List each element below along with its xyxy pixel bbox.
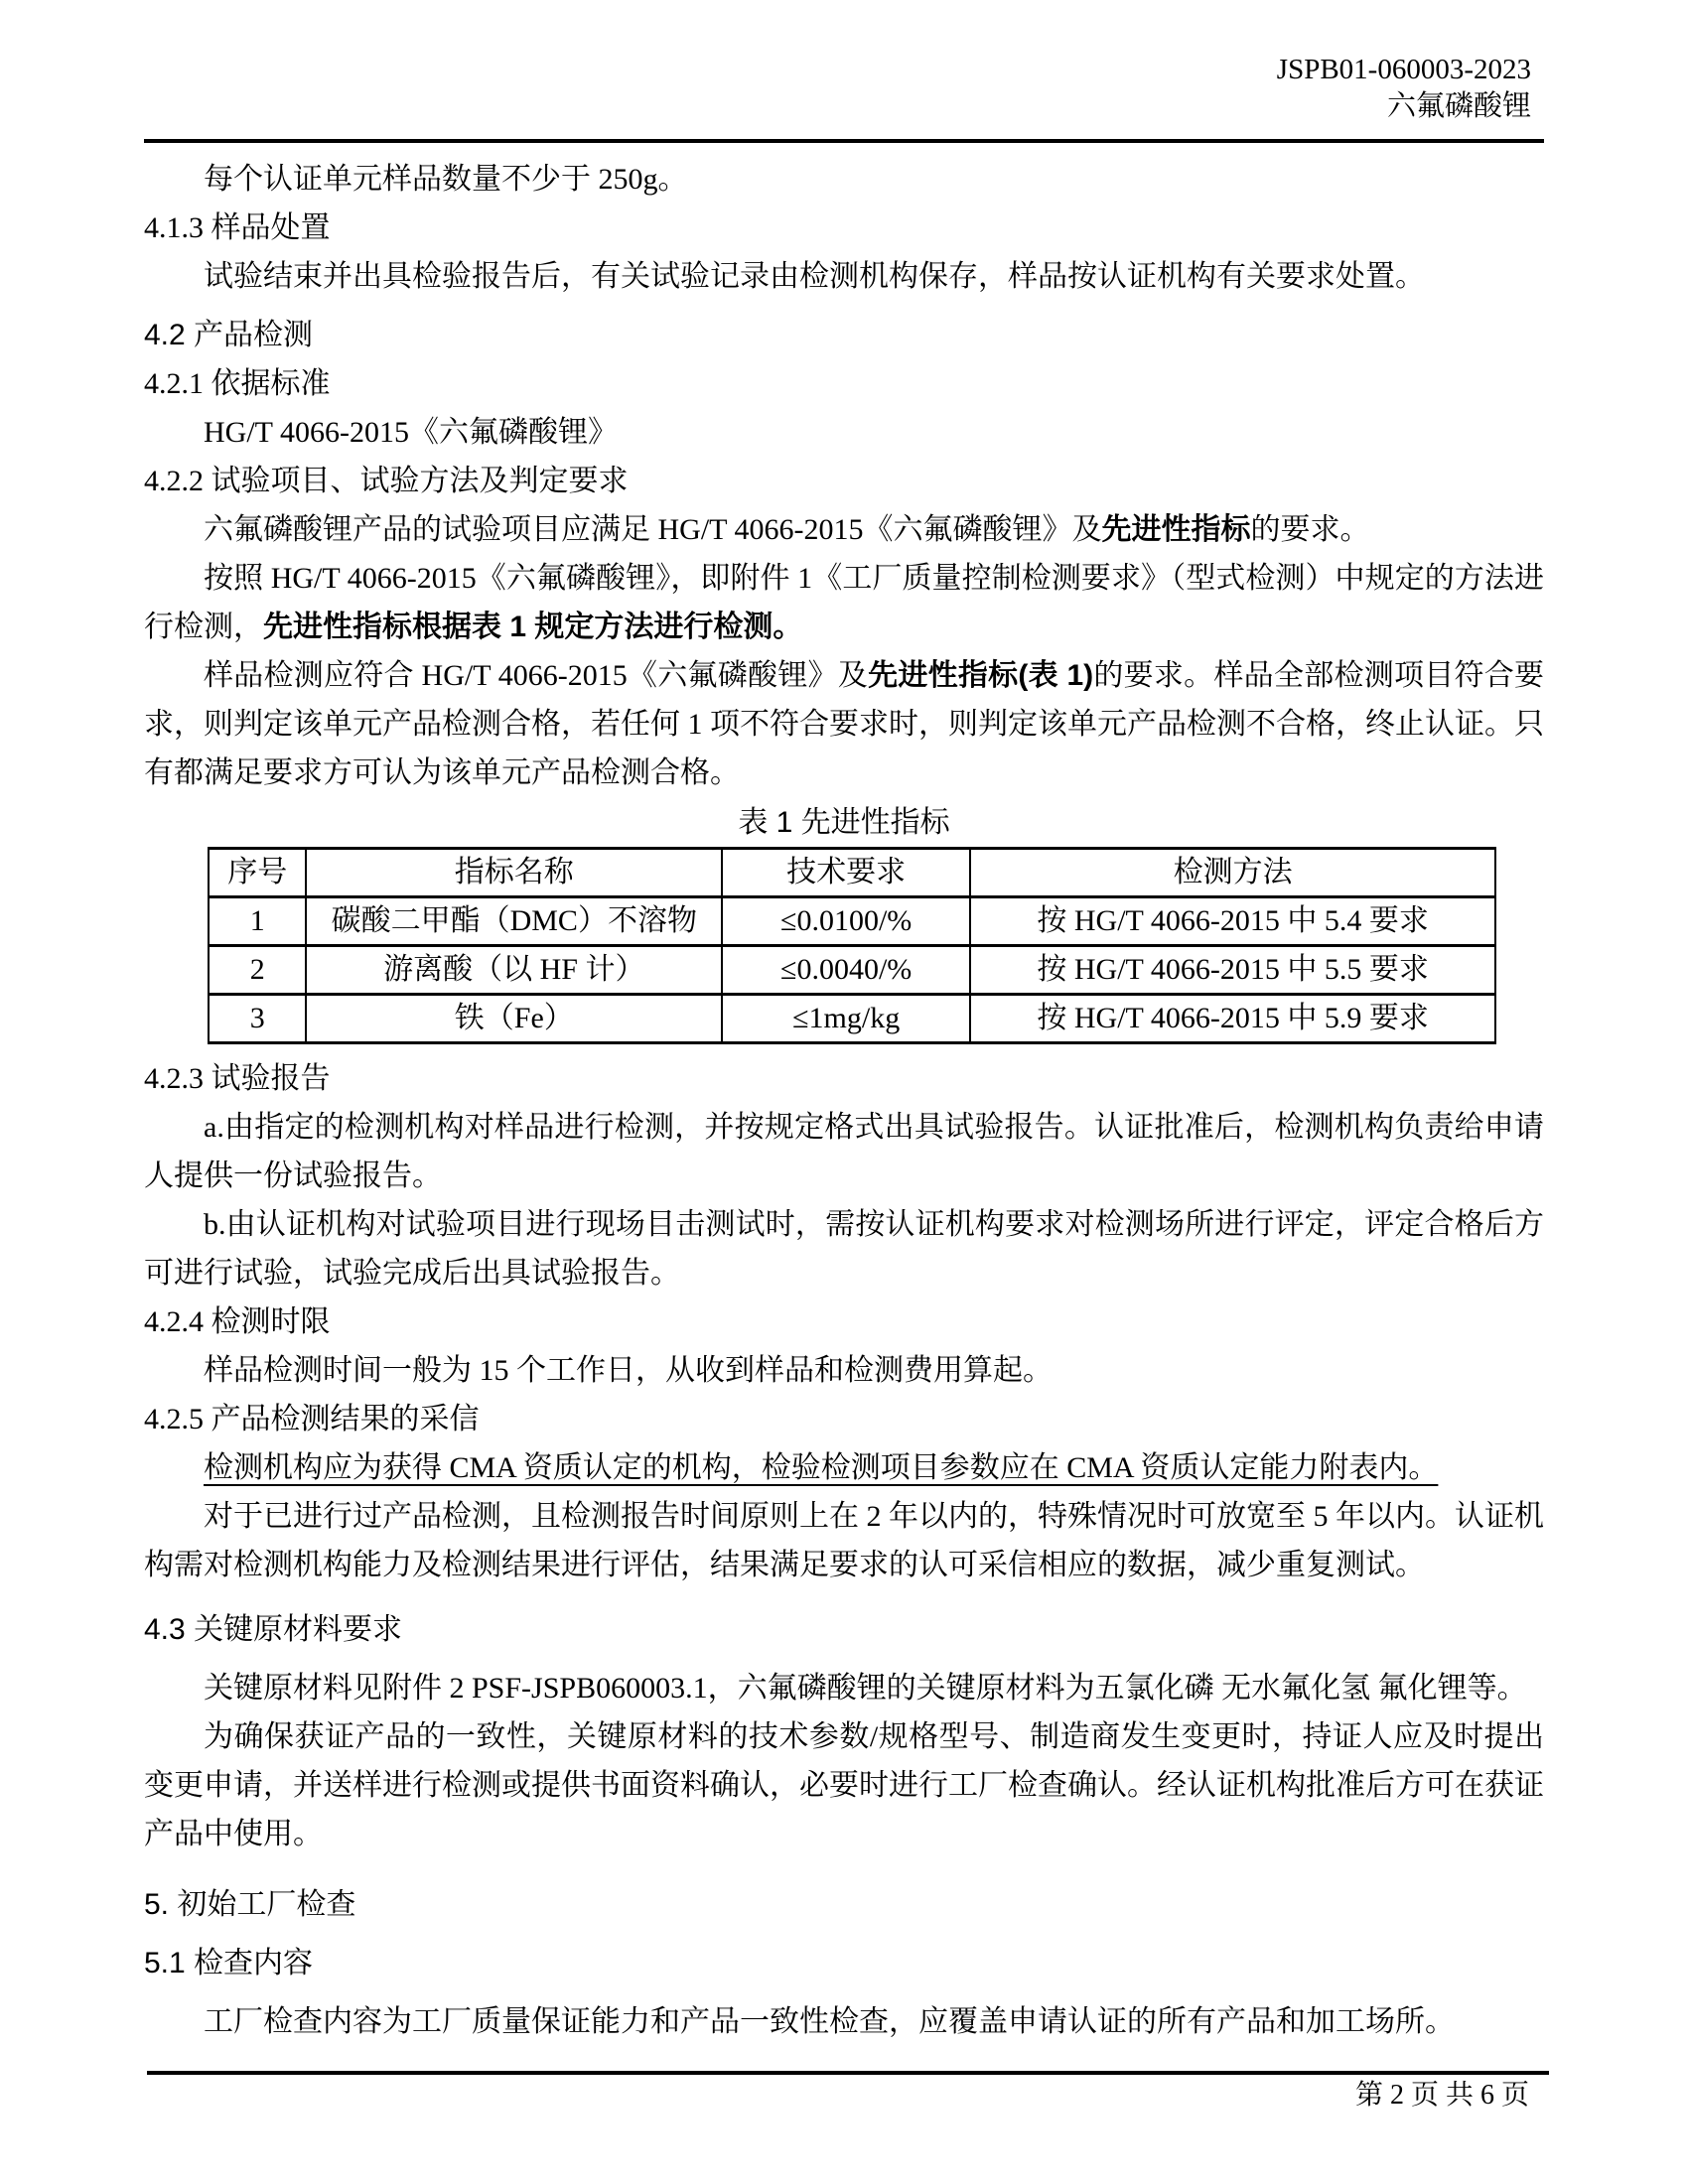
heading-4-1-3: 4.1.3 样品处置: [144, 204, 1544, 252]
table-cell-method: 按 HG/T 4066-2015 中 5.9 要求: [970, 995, 1495, 1043]
table-row: 2 游离酸（以 HF 计） ≤0.0040/% 按 HG/T 4066-2015…: [209, 946, 1495, 995]
header-rule: [144, 139, 1544, 143]
heading-4-3: 4.3 关键原材料要求: [144, 1605, 1544, 1654]
table-cell-index: 3: [209, 995, 306, 1043]
heading-5-1: 5.1 检查内容: [144, 1939, 1544, 1987]
heading-4-2-3: 4.2.3 试验报告: [144, 1054, 1544, 1103]
document-body: 每个认证单元样品数量不少于 250g。 4.1.3 样品处置 试验结束并出具检验…: [144, 155, 1544, 2046]
table-cell-indicator: 碳酸二甲酯（DMC）不溶物: [306, 897, 722, 946]
table-row: 3 铁（Fe） ≤1mg/kg 按 HG/T 4066-2015 中 5.9 要…: [209, 995, 1495, 1043]
paragraph-4-2-2-a: 六氟磷酸锂产品的试验项目应满足 HG/T 4066-2015《六氟磷酸锂》及先进…: [144, 505, 1544, 554]
paragraph-4-2-5-underlined: 检测机构应为获得 CMA 资质认定的机构，检验检测项目参数应在 CMA 资质认定…: [144, 1443, 1544, 1492]
paragraph-4-2-3-b: b.由认证机构对试验项目进行现场目击测试时，需按认证机构要求对检测场所进行评定，…: [144, 1200, 1544, 1297]
footer-rule: [147, 2071, 1549, 2075]
table-title: 表 1 先进性指标: [144, 801, 1544, 845]
doc-title: 六氟磷酸锂: [1277, 88, 1531, 125]
table-cell-index: 2: [209, 946, 306, 995]
paragraph-4-3-a: 关键原材料见附件 2 PSF-JSPB060003.1，六氟磷酸锂的关键原材料为…: [144, 1664, 1544, 1712]
text-segment: 六氟磷酸锂产品的试验项目应满足 HG/T 4066-2015《六氟磷酸锂》及: [204, 513, 1101, 546]
heading-4-2-4: 4.2.4 检测时限: [144, 1297, 1544, 1346]
text-segment: 的要求。: [1250, 513, 1369, 546]
document-page: JSPB01-060003-2023 六氟磷酸锂 每个认证单元样品数量不少于 2…: [0, 0, 1688, 2184]
column-header-requirement: 技术要求: [722, 849, 970, 897]
paragraph-4-2-3-a: a.由指定的检测机构对样品进行检测，并按规定格式出具试验报告。认证批准后，检测机…: [144, 1103, 1544, 1200]
table-header-row: 序号 指标名称 技术要求 检测方法: [209, 849, 1495, 897]
heading-5: 5. 初始工厂检查: [144, 1880, 1544, 1929]
text-segment-bold: 先进性指标(表 1): [868, 659, 1093, 692]
table-cell-indicator: 铁（Fe）: [306, 995, 722, 1043]
column-header-indicator: 指标名称: [306, 849, 722, 897]
text-segment-bold: 先进性指标: [1101, 513, 1250, 546]
column-header-index: 序号: [209, 849, 306, 897]
table-cell-indicator: 游离酸（以 HF 计）: [306, 946, 722, 995]
table-cell-requirement: ≤1mg/kg: [722, 995, 970, 1043]
paragraph-4-1-3: 试验结束并出具检验报告后，有关试验记录由检测机构保存，样品按认证机构有关要求处置…: [144, 252, 1544, 301]
text-segment: 样品检测应符合 HG/T 4066-2015《六氟磷酸锂》及: [204, 659, 868, 692]
paragraph-4-3-b: 为确保获证产品的一致性，关键原材料的技术参数/规格型号、制造商发生变更时，持证人…: [144, 1712, 1544, 1858]
table-cell-method: 按 HG/T 4066-2015 中 5.4 要求: [970, 897, 1495, 946]
heading-4-2: 4.2 产品检测: [144, 311, 1544, 359]
page-number: 第 2 页 共 6 页: [1355, 2079, 1529, 2113]
paragraph-4-2-1-standard: HG/T 4066-2015《六氟磷酸锂》: [144, 408, 1544, 457]
table-row: 1 碳酸二甲酯（DMC）不溶物 ≤0.0100/% 按 HG/T 4066-20…: [209, 897, 1495, 946]
heading-4-2-2: 4.2.2 试验项目、试验方法及判定要求: [144, 457, 1544, 505]
page-header: JSPB01-060003-2023 六氟磷酸锂: [1277, 52, 1531, 125]
table-advanced-indicators: 序号 指标名称 技术要求 检测方法 1 碳酸二甲酯（DMC）不溶物 ≤0.010…: [208, 847, 1496, 1044]
table-cell-index: 1: [209, 897, 306, 946]
doc-number: JSPB01-060003-2023: [1277, 52, 1531, 88]
column-header-method: 检测方法: [970, 849, 1495, 897]
paragraph-4-2-5: 对于已进行过产品检测，且检测报告时间原则上在 2 年以内的，特殊情况时可放宽至 …: [144, 1492, 1544, 1589]
paragraph-4-2-2-c: 样品检测应符合 HG/T 4066-2015《六氟磷酸锂》及先进性指标(表 1)…: [144, 651, 1544, 797]
text-segment-bold: 先进性指标根据表 1 规定方法进行检测。: [263, 611, 802, 643]
table-cell-requirement: ≤0.0100/%: [722, 897, 970, 946]
heading-4-2-1: 4.2.1 依据标准: [144, 359, 1544, 408]
table-cell-requirement: ≤0.0040/%: [722, 946, 970, 995]
paragraph-5-1: 工厂检查内容为工厂质量保证能力和产品一致性检查，应覆盖申请认证的所有产品和加工场…: [144, 1997, 1544, 2046]
heading-4-2-5: 4.2.5 产品检测结果的采信: [144, 1395, 1544, 1443]
table-cell-method: 按 HG/T 4066-2015 中 5.5 要求: [970, 946, 1495, 995]
paragraph-sample-quantity: 每个认证单元样品数量不少于 250g。: [144, 155, 1544, 204]
paragraph-4-2-4: 样品检测时间一般为 15 个工作日，从收到样品和检测费用算起。: [144, 1346, 1544, 1395]
paragraph-4-2-2-b: 按照 HG/T 4066-2015《六氟磷酸锂》，即附件 1《工厂质量控制检测要…: [144, 554, 1544, 651]
